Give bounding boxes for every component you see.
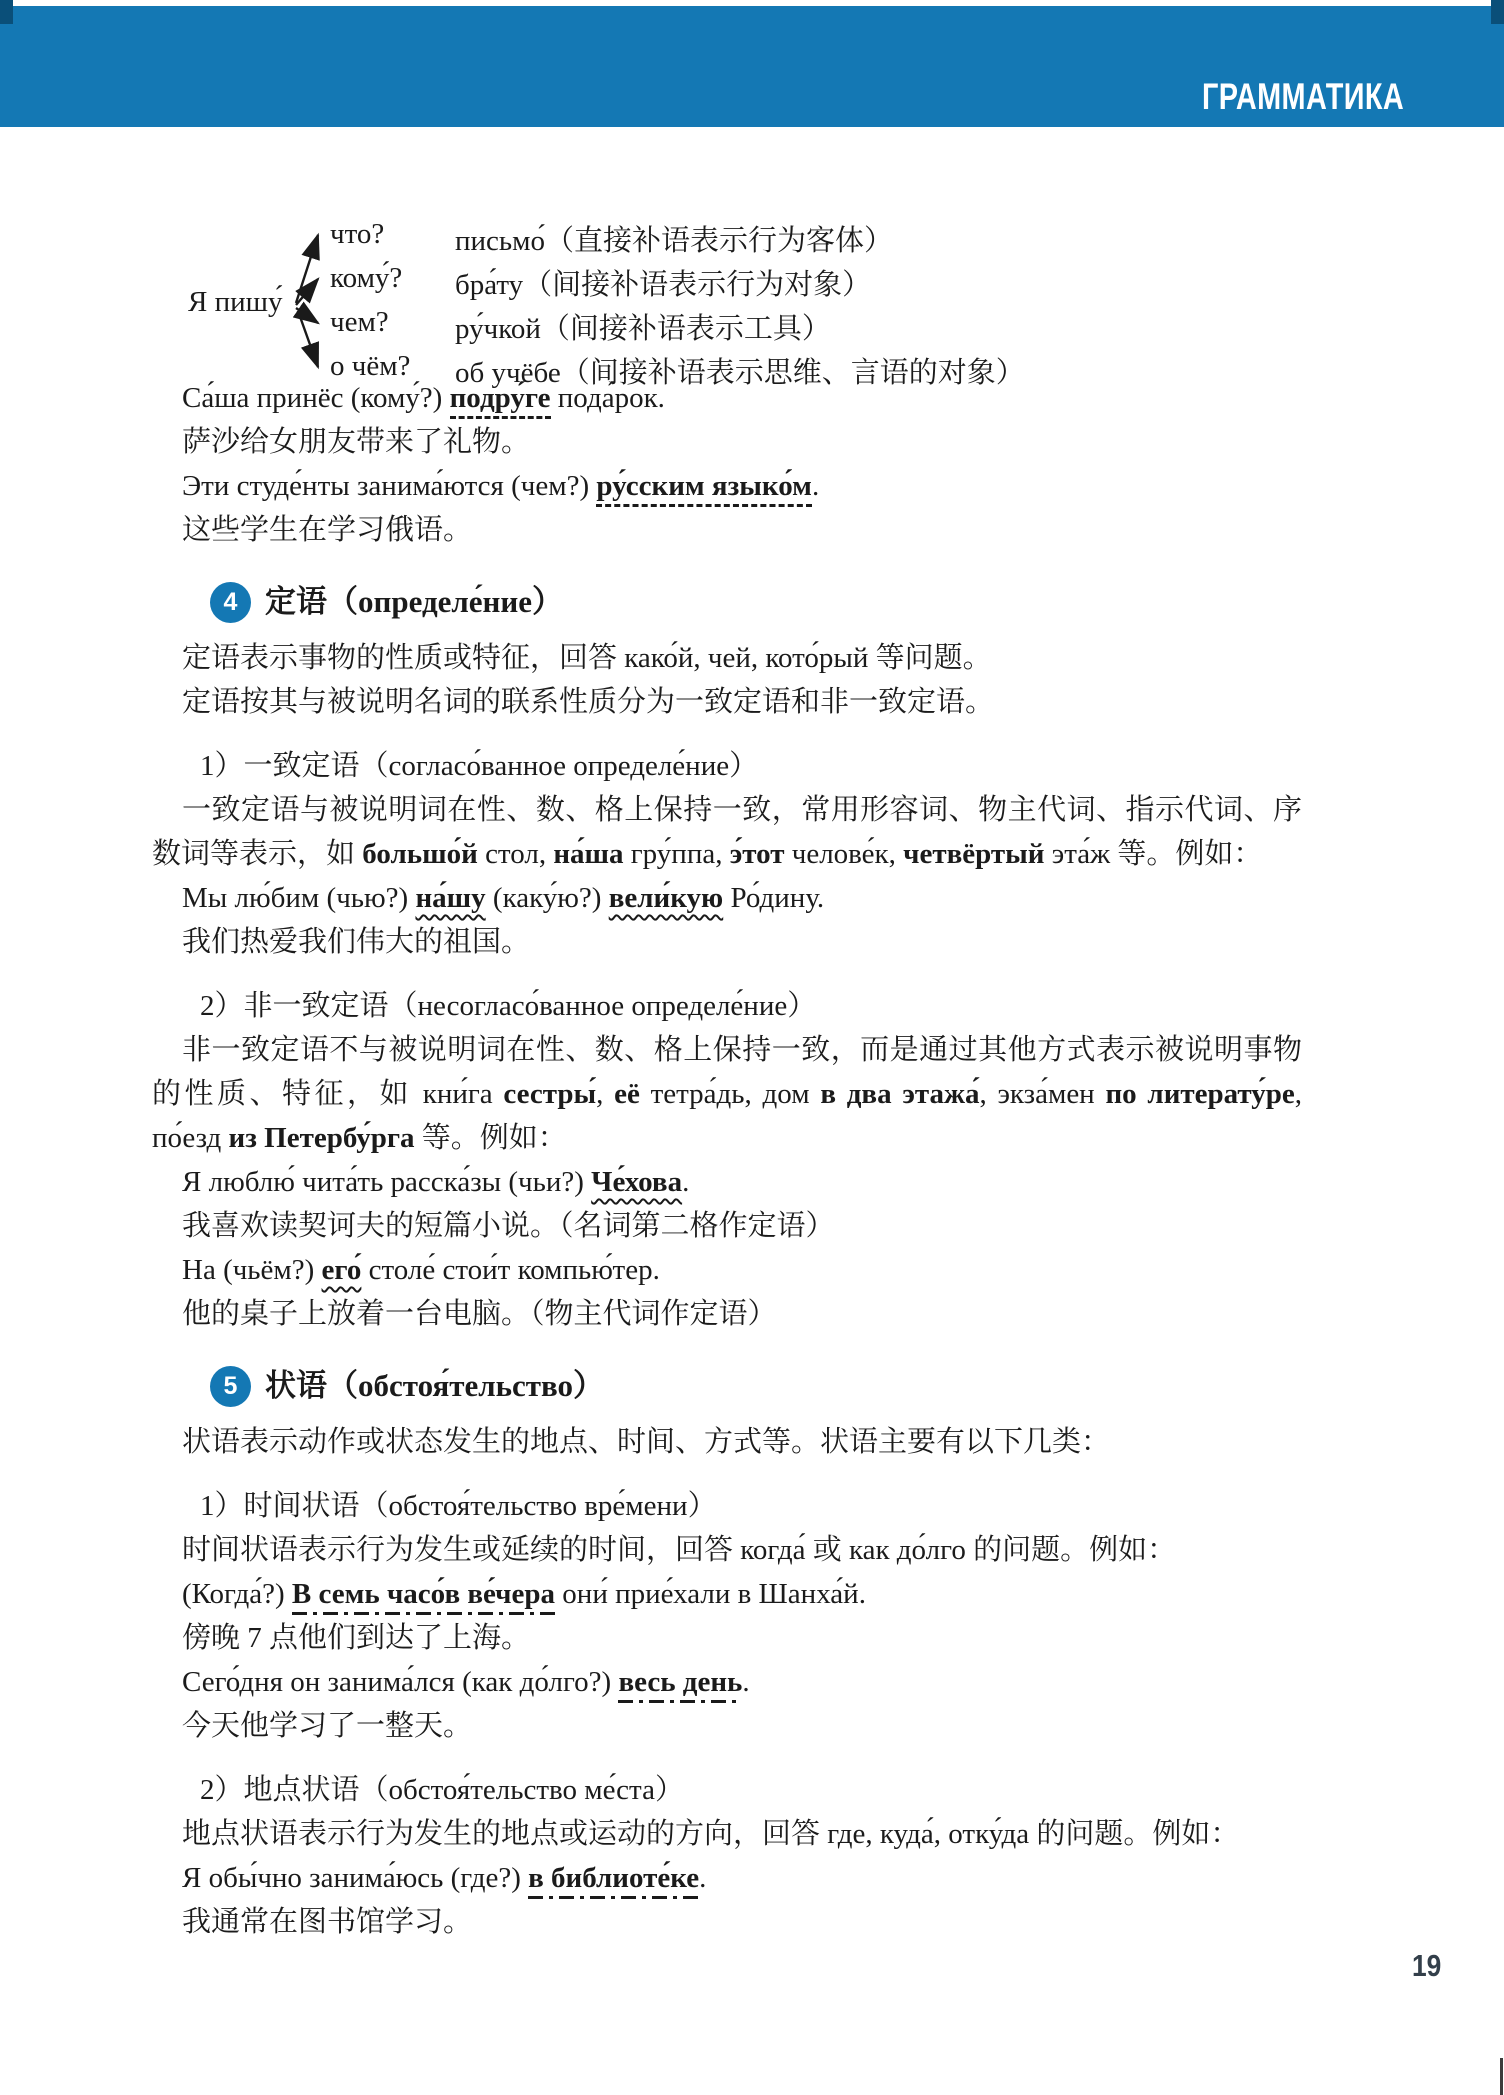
section-number-badge: 5 xyxy=(210,1366,251,1407)
bold-term: в два этажа́ xyxy=(820,1078,979,1110)
text-run: Ро́дину. xyxy=(723,882,824,914)
russian-example-line: Сего́дня он занима́лся (как до́лго?) вес… xyxy=(152,1660,1302,1704)
diagram-subject: Я пишу́ xyxy=(188,286,282,319)
bold-term: сестры́ xyxy=(503,1078,596,1110)
bold-term: большо́й xyxy=(362,838,478,870)
section-title: 状语（обстоя́тельство） xyxy=(265,1364,604,1408)
text-run: тетра́дь, дом xyxy=(640,1078,820,1110)
paragraph: 状语表示动作或状态发生的地点、时间、方式等。状语主要有以下几类： xyxy=(152,1420,1302,1464)
text-run: На (чьём?) xyxy=(182,1254,322,1286)
diagram-question: чем? xyxy=(330,306,389,339)
paragraph: 一致定语与被说明词在性、数、格上保持一致，常用形容词、物主代词、指示代词、序数词… xyxy=(152,788,1302,876)
underlined-term: вели́кую xyxy=(609,882,723,914)
text-run: , xyxy=(596,1078,614,1110)
russian-example-line: Эти студе́нты занима́ются (чем?) ру́сски… xyxy=(152,464,1302,508)
text-run: столе́ стои́т компью́тер. xyxy=(361,1254,659,1286)
text-run: Эти студе́нты занима́ются (чем?) xyxy=(182,470,596,502)
text-run: Са́ша принёс (кому́?) xyxy=(182,382,450,414)
russian-example-line: (Когда́?) В семь часо́в ве́чера они́ при… xyxy=(152,1572,1302,1616)
text-run: эта́ж 等。例如： xyxy=(1045,838,1263,870)
russian-example-line: Я обы́чно занима́юсь (где?) в библиоте́к… xyxy=(152,1856,1302,1900)
section-title: 定语（определе́ние） xyxy=(265,580,563,624)
text-run: , экза́мен xyxy=(979,1078,1105,1110)
subheading: 2）非一致定语（несогласо́ванное определе́ние） xyxy=(152,984,1302,1028)
russian-example-line: Мы лю́бим (чью?) на́шу (каку́ю?) вели́ку… xyxy=(152,876,1302,920)
text-run: Я люблю́ чита́ть расска́зы (чьи?) xyxy=(182,1166,591,1198)
chinese-translation-line: 萨沙给女朋友带来了礼物。 xyxy=(152,420,1302,464)
bold-term: четвёртый xyxy=(903,838,1044,870)
top-left-corner-mark xyxy=(0,0,13,24)
text-run: (каку́ю?) xyxy=(486,882,609,914)
text-run: . xyxy=(812,470,819,502)
diagram-question: что? xyxy=(330,218,384,251)
page-number: 19 xyxy=(1412,1948,1441,1984)
top-right-corner-mark xyxy=(1491,0,1504,24)
section-number-badge: 4 xyxy=(210,582,251,623)
paragraph: 定语表示事物的性质或特征，回答 како́й, чей, кото́рый 等问… xyxy=(152,636,1302,680)
paragraph: 非一致定语不与被说明词在性、数、格上保持一致，而是通过其他方式表示被说明事物的性… xyxy=(152,1028,1302,1160)
subheading: 1）时间状语（обстоя́тельство вре́мени） xyxy=(152,1484,1302,1528)
page-header-title: ГРАММАТИКА xyxy=(1202,76,1404,118)
chinese-translation-line: 我喜欢读契诃夫的短篇小说。（名词第二格作定语） xyxy=(152,1204,1302,1248)
text-run: 等。例如： xyxy=(415,1122,567,1154)
text-run: стол, xyxy=(478,838,554,870)
chinese-translation-line: 他的桌子上放着一台电脑。（物主代词作定语） xyxy=(152,1292,1302,1336)
bold-term: из Петербу́рга xyxy=(229,1122,415,1154)
paragraph: 定语按其与被说明名词的联系性质分为一致定语和非一致定语。 xyxy=(152,680,1302,724)
underlined-term: ру́сским языко́м xyxy=(596,470,812,507)
russian-example-line: Са́ша принёс (кому́?) подру́ге пода́рок. xyxy=(152,376,1302,420)
chinese-translation-line: 这些学生在学习俄语。 xyxy=(152,508,1302,552)
diagram-answer: бра́ту（间接补语表示行为对象） xyxy=(455,262,871,303)
chinese-translation-line: 傍晚 7 点他们到达了上海。 xyxy=(152,1616,1302,1660)
chinese-translation-line: 我们热爱我们伟大的祖国。 xyxy=(152,920,1302,964)
text-run: пода́рок. xyxy=(551,382,665,414)
text-run: Мы лю́бим (чью?) xyxy=(182,882,415,914)
paragraph: 地点状语表示行为发生的地点或运动的方向，回答 где, куда́, отку́… xyxy=(152,1812,1302,1856)
chinese-translation-line: 我通常在图书馆学习。 xyxy=(152,1900,1302,1944)
paragraph: 时间状语表示行为发生或延续的时间，回答 когда́ 或 как до́лго … xyxy=(152,1528,1302,1572)
text-run: 状语表示动作或状态发生的地点、时间、方式等。状语主要有以下几类： xyxy=(182,1426,1110,1458)
header-bar: ГРАММАТИКА xyxy=(0,6,1504,127)
bold-term: на́ша xyxy=(553,838,623,870)
bold-term: э́тот xyxy=(730,838,785,870)
bold-term: её xyxy=(614,1078,640,1110)
chinese-translation-line: 今天他学习了一整天。 xyxy=(152,1704,1302,1748)
text-run: гру́ппа, xyxy=(624,838,730,870)
text-run: (Когда́?) xyxy=(182,1578,292,1610)
text-run: челове́к, xyxy=(784,838,903,870)
underlined-term: весь день xyxy=(618,1666,742,1703)
diagram-answer: ру́чкой（间接补语表示工具） xyxy=(455,306,831,347)
underlined-term: на́шу xyxy=(415,882,485,914)
section-heading: 4定语（определе́ние） xyxy=(210,580,1302,624)
subheading: 2）地点状语（обстоя́тельство ме́ста） xyxy=(152,1768,1302,1812)
underlined-term: Че́хова xyxy=(591,1166,682,1198)
text-run: Я обы́чно занима́юсь (где?) xyxy=(182,1862,528,1894)
russian-example-line: На (чьём?) его́ столе́ стои́т компью́тер… xyxy=(152,1248,1302,1292)
diagram-question: кому́? xyxy=(330,262,402,295)
text-run: они́ прие́хали в Шанха́й. xyxy=(555,1578,866,1610)
bold-term: по литерату́ре xyxy=(1105,1078,1294,1110)
text-run: 定语表示事物的性质或特征，回答 како́й, чей, кото́рый 等问… xyxy=(182,642,992,674)
textbook-page: ГРАММАТИКА Я пишу́ что?письмо́（直接补语表示行为客… xyxy=(0,0,1504,2095)
underlined-term: В семь часо́в ве́чера xyxy=(292,1578,555,1615)
text-run: . xyxy=(742,1666,749,1698)
text-run: Сего́дня он занима́лся (как до́лго?) xyxy=(182,1666,618,1698)
text-run: 定语按其与被说明名词的联系性质分为一致定语和非一致定语。 xyxy=(182,686,994,718)
text-run: . xyxy=(699,1862,706,1894)
underlined-term: в библиоте́ке xyxy=(528,1862,699,1899)
underlined-term: подру́ге xyxy=(450,382,551,419)
subheading: 1）一致定语（согласо́ванное определе́ние） xyxy=(152,744,1302,788)
content-flow: Са́ша принёс (кому́?) подру́ге пода́рок.… xyxy=(152,376,1302,1944)
text-run: 地点状语表示行为发生的地点或运动的方向，回答 где, куда́, отку́… xyxy=(182,1818,1239,1850)
diagram-answer: письмо́（直接补语表示行为客体） xyxy=(455,218,893,259)
text-run: 时间状语表示行为发生或延续的时间，回答 когда́ 或 как до́лго … xyxy=(182,1534,1176,1566)
underlined-term: его́ xyxy=(322,1254,362,1286)
section-heading: 5状语（обстоя́тельство） xyxy=(210,1364,1302,1408)
text-run: . xyxy=(682,1166,689,1198)
scan-edge-line xyxy=(1500,2058,1503,2095)
russian-example-line: Я люблю́ чита́ть расска́зы (чьи?) Че́хов… xyxy=(152,1160,1302,1204)
